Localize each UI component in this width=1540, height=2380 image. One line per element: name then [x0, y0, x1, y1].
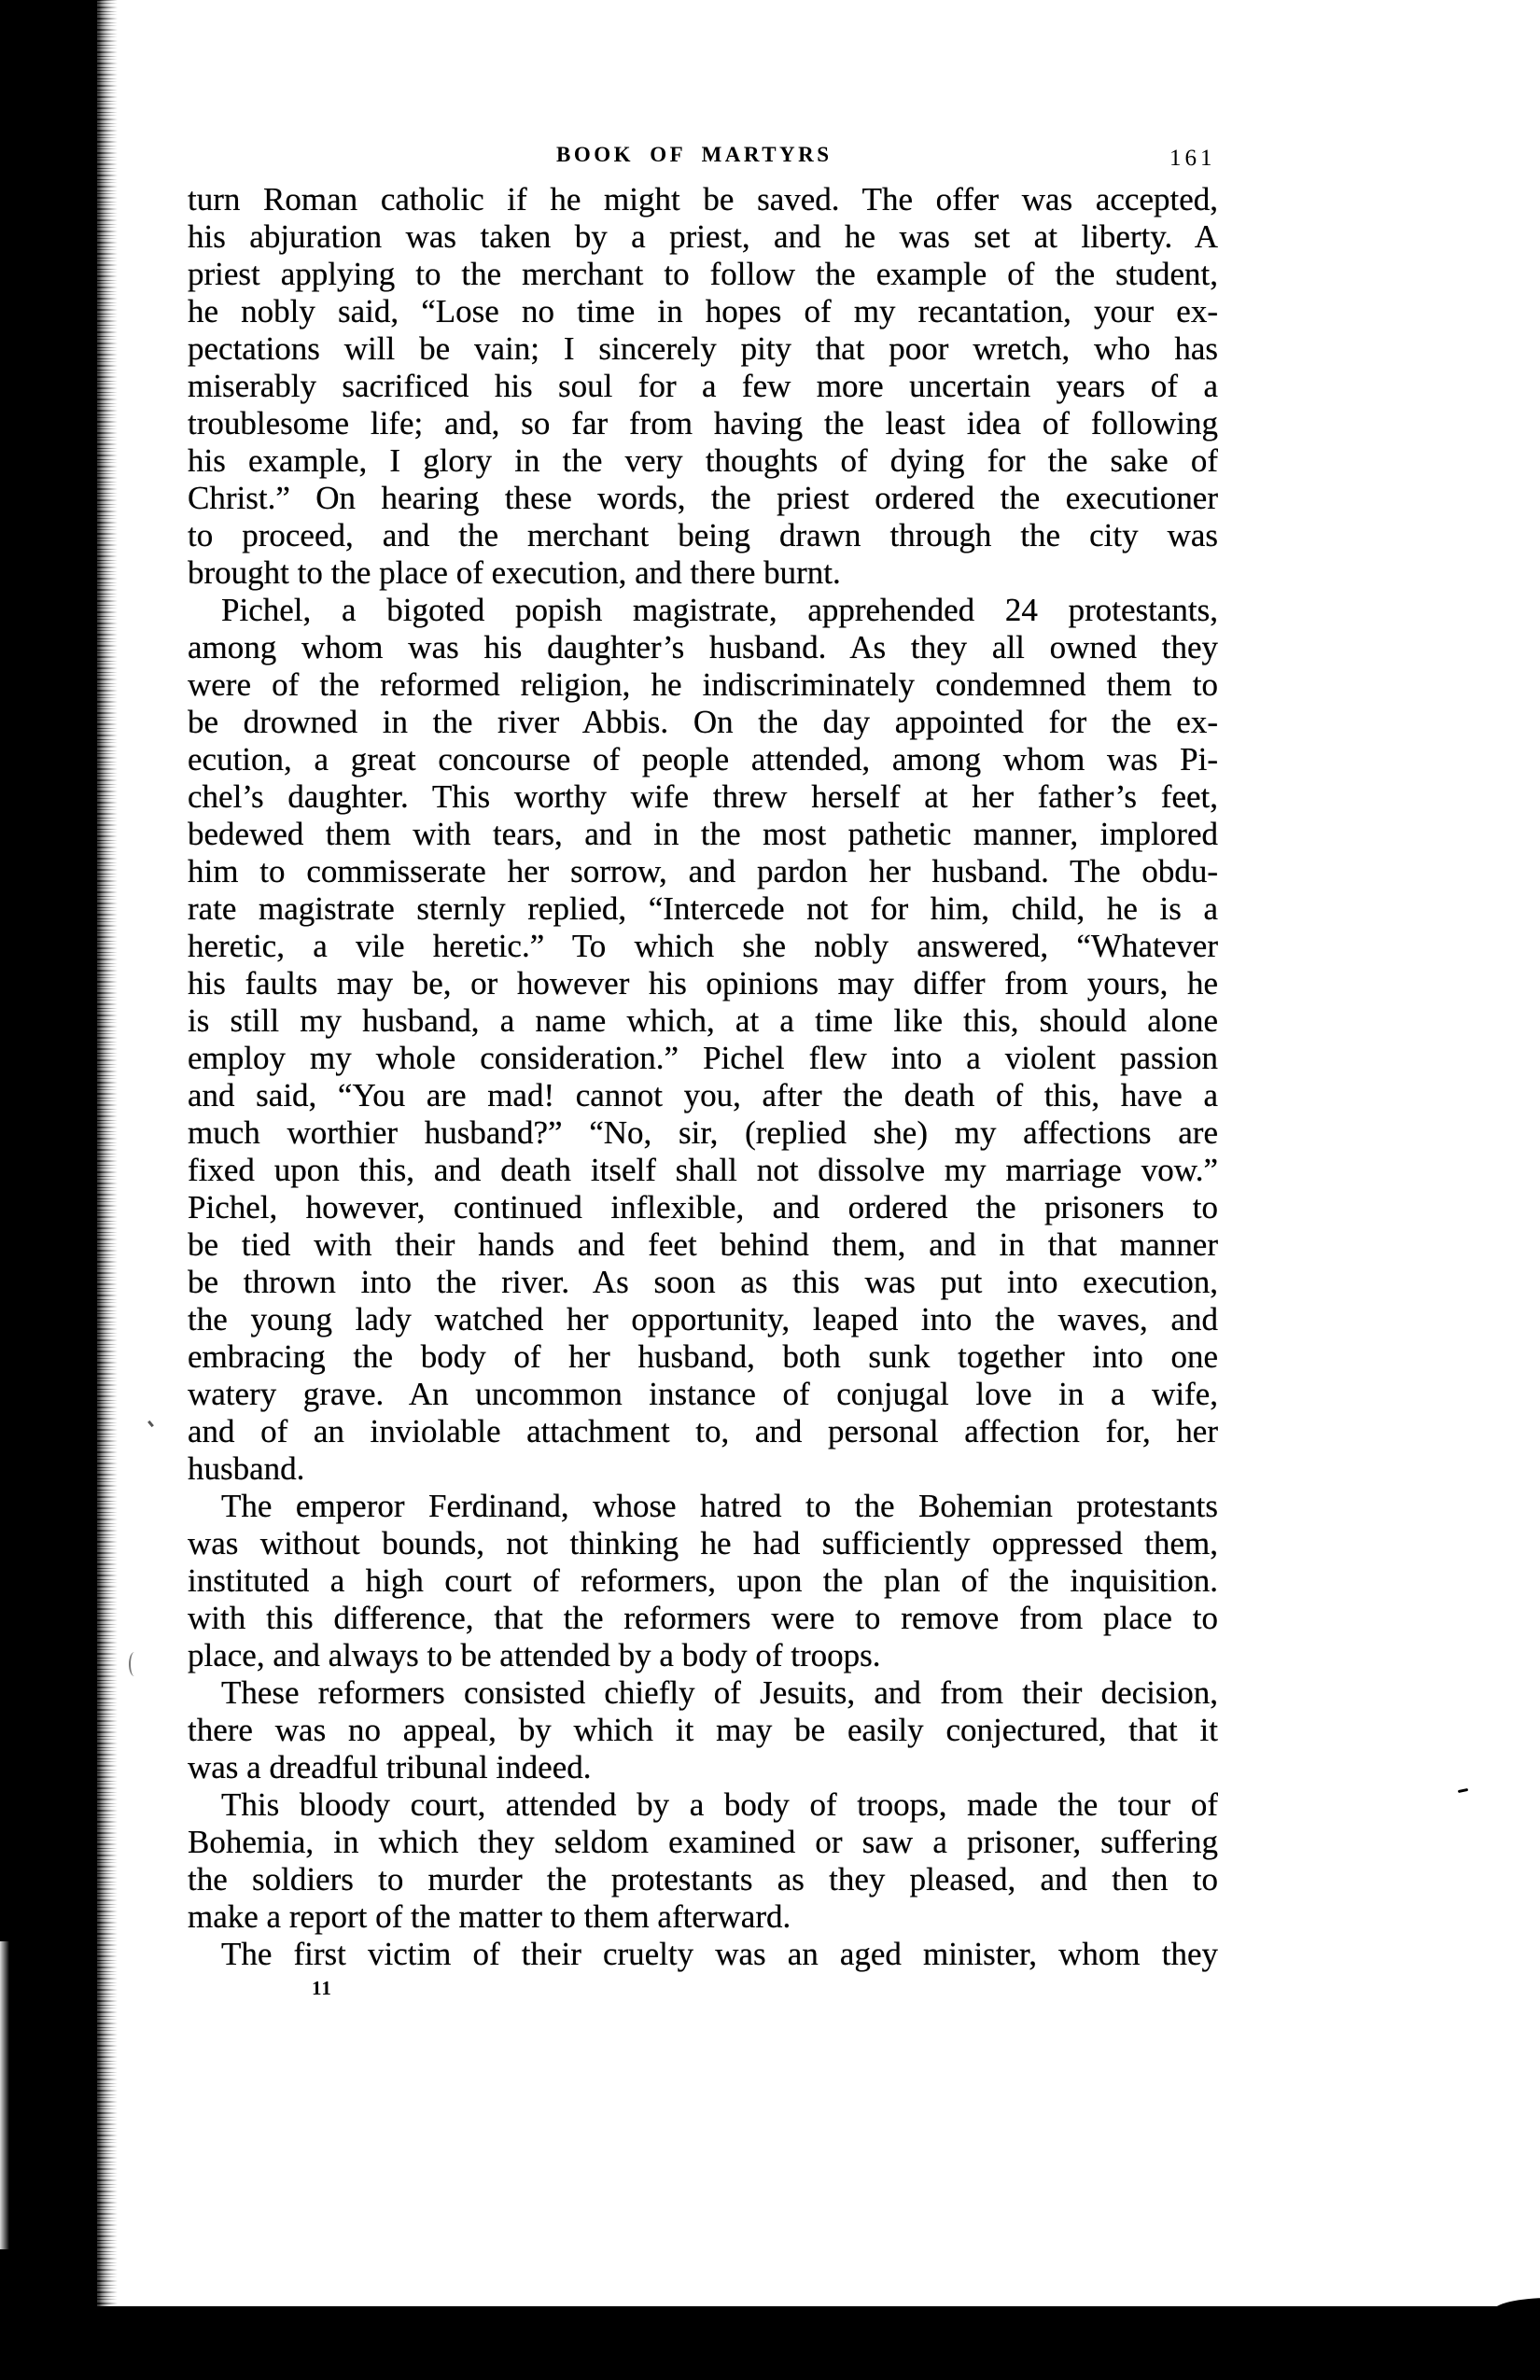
- text-line: priest applying to the merchant to follo…: [188, 256, 1218, 293]
- page-number: 161: [1169, 147, 1216, 170]
- text-line: Bohemia, in which they seldom examined o…: [188, 1824, 1218, 1861]
- text-line: was without bounds, not thinking he had …: [188, 1525, 1218, 1562]
- text-line: rate magistrate sternly replied, “Interc…: [188, 890, 1218, 928]
- text-line: troublesome life; and, so far from havin…: [188, 405, 1218, 442]
- paragraph: These reformers consisted chiefly of Jes…: [188, 1674, 1218, 1786]
- text-line: embracing the body of her husband, both …: [188, 1338, 1218, 1376]
- text-line: chel’s daughter. This worthy wife threw …: [188, 778, 1218, 816]
- text-line: his example, I glory in the very thought…: [188, 442, 1218, 480]
- text-line: his faults may be, or however his opinio…: [188, 965, 1218, 1002]
- text-line: he nobly said, “Lose no time in hopes of…: [188, 293, 1218, 330]
- text-line: fixed upon this, and death itself shall …: [188, 1152, 1218, 1189]
- text-line: to proceed, and the merchant being drawn…: [188, 517, 1218, 554]
- text-line: be thrown into the river. As soon as thi…: [188, 1264, 1218, 1301]
- scan-speck: [1458, 1788, 1468, 1793]
- text-line: be tied with their hands and feet behind…: [188, 1226, 1218, 1264]
- scan-edge-noise: [93, 0, 118, 2380]
- text-line: much worthier husband?” “No, sir, (repli…: [188, 1114, 1218, 1152]
- scanned-book-page: BOOK OF MARTYRS 161 turn Roman catholic …: [0, 0, 1540, 2380]
- paragraph: turn Roman catholic if he might be saved…: [188, 181, 1218, 592]
- running-head-title: BOOK OF MARTYRS: [556, 144, 833, 165]
- text-line: Christ.” On hearing these words, the pri…: [188, 480, 1218, 517]
- text-line: and said, “You are mad! cannot you, afte…: [188, 1077, 1218, 1114]
- text-line: bedewed them with tears, and in the most…: [188, 816, 1218, 853]
- signature-mark: 11: [312, 1979, 332, 1998]
- text-line: his abjuration was taken by a priest, an…: [188, 218, 1218, 256]
- text-line: there was no appeal, by which it may be …: [188, 1712, 1218, 1749]
- text-line: The first victim of their cruelty was an…: [188, 1936, 1218, 1973]
- text-line: husband.: [188, 1450, 1218, 1488]
- text-line: pectations will be vain; I sincerely pit…: [188, 330, 1218, 368]
- text-line: The emperor Ferdinand, whose hatred to t…: [188, 1488, 1218, 1525]
- text-line: was a dreadful tribunal indeed.: [188, 1749, 1218, 1786]
- scan-edge-highlight: [0, 1941, 9, 2249]
- text-line: brought to the place of execution, and t…: [188, 554, 1218, 592]
- text-line: miserably sacrificed his soul for a few …: [188, 368, 1218, 405]
- paragraph: Pichel, a bigoted popish magistrate, app…: [188, 592, 1218, 1488]
- text-line: This bloody court, attended by a body of…: [188, 1786, 1218, 1824]
- text-line: heretic, a vile heretic.” To which she n…: [188, 928, 1218, 965]
- text-line: and of an inviolable attachment to, and …: [188, 1413, 1218, 1450]
- text-line: ecution, a great concourse of people att…: [188, 741, 1218, 778]
- scan-speck: [129, 1652, 140, 1676]
- text-line: make a report of the matter to them afte…: [188, 1898, 1218, 1936]
- text-line: with this difference, that the reformers…: [188, 1600, 1218, 1637]
- paragraph: The emperor Ferdinand, whose hatred to t…: [188, 1488, 1218, 1674]
- text-line: is still my husband, a name which, at a …: [188, 1002, 1218, 1040]
- scan-bottom-corner: [1493, 2298, 1540, 2317]
- text-line: the soldiers to murder the protestants a…: [188, 1861, 1218, 1898]
- text-line: turn Roman catholic if he might be saved…: [188, 181, 1218, 218]
- paragraph: The first victim of their cruelty was an…: [188, 1936, 1218, 1973]
- scan-binding-shadow: [0, 0, 97, 2380]
- text-line: place, and always to be attended by a bo…: [188, 1637, 1218, 1674]
- text-line: employ my whole consideration.” Pichel f…: [188, 1040, 1218, 1077]
- text-line: be drowned in the river Abbis. On the da…: [188, 704, 1218, 741]
- scan-bottom-shadow: [0, 2306, 1540, 2380]
- text-line: among whom was his daughter’s husband. A…: [188, 629, 1218, 666]
- text-line: the young lady watched her opportunity, …: [188, 1301, 1218, 1338]
- text-line: These reformers consisted chiefly of Jes…: [188, 1674, 1218, 1712]
- paragraph: This bloody court, attended by a body of…: [188, 1786, 1218, 1936]
- text-line: him to commisserate her sorrow, and pard…: [188, 853, 1218, 890]
- text-line: instituted a high court of reformers, up…: [188, 1562, 1218, 1600]
- scan-speck: [147, 1421, 154, 1427]
- text-line: were of the reformed religion, he indisc…: [188, 666, 1218, 704]
- body-text: turn Roman catholic if he might be saved…: [188, 181, 1218, 1973]
- text-line: Pichel, however, continued inflexible, a…: [188, 1189, 1218, 1226]
- text-line: Pichel, a bigoted popish magistrate, app…: [188, 592, 1218, 629]
- text-line: watery grave. An uncommon instance of co…: [188, 1376, 1218, 1413]
